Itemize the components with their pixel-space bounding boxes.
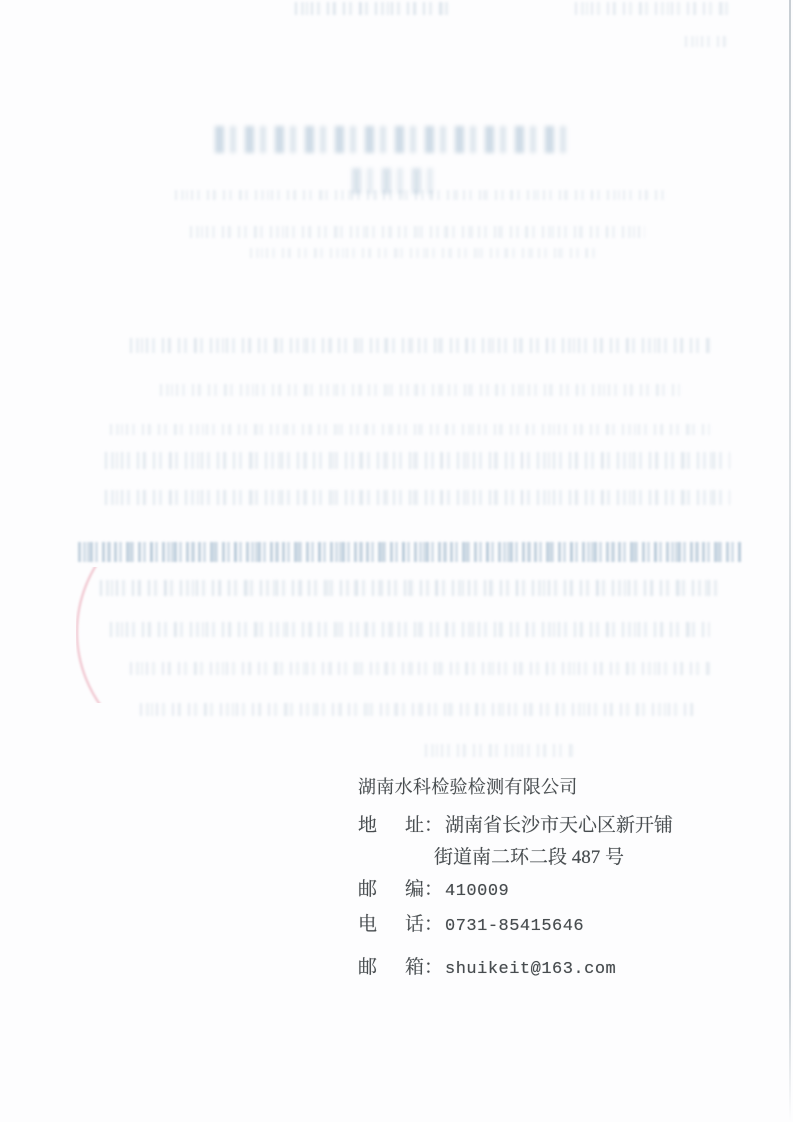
scan-edge-line [789,0,791,1122]
bleedthrough-band [105,452,730,469]
postal-code-row: 邮 编 ： 410009 [358,878,673,904]
email-colon: ： [424,956,443,980]
address-line1: 湖南省长沙市天心区新开铺 [445,814,673,838]
postal-label-char1: 邮 [358,878,377,902]
address-colon: ： [424,814,443,838]
phone-colon: ： [424,913,443,937]
address-line2: 街道南二环二段 487 号 [358,846,673,870]
address-label-char2: 址 [405,814,424,838]
phone-row: 电 话 ： 0731-85415646 [358,913,673,939]
bleedthrough-band [575,2,735,15]
phone-label-char1: 电 [358,913,377,937]
bleedthrough-band [160,384,680,396]
bleedthrough-band [175,190,665,200]
contact-block: 湖南水科检验检测有限公司 地 址 ： 湖南省长沙市天心区新开铺 街道南二环二段 … [358,776,673,982]
bleedthrough-band [425,744,575,757]
scanned-document-page: { "document": { "company_name": "湖南水科检验检… [0,0,793,1122]
postal-code-label: 邮 编 [358,878,424,902]
company-name: 湖南水科检验检测有限公司 [358,776,673,799]
bleedthrough-band [105,490,730,505]
bleedthrough-band [100,580,720,596]
email-label-char2: 箱 [405,956,424,980]
email-value: shuikeit@163.com [445,958,616,982]
bleedthrough-band [215,126,570,153]
bleedthrough-band [130,662,710,675]
bleedthrough-band [78,542,743,562]
bleedthrough-band [685,36,730,47]
bleedthrough-band [295,2,455,15]
address-row: 地 址 ： 湖南省长沙市天心区新开铺 [358,814,673,838]
postal-label-char2: 编 [405,878,424,902]
bleedthrough-band [250,248,600,258]
postal-code-value: 410009 [445,880,509,904]
postal-code-colon: ： [424,878,443,902]
bleedthrough-band [110,424,710,435]
bleedthrough-band [140,703,700,716]
email-label-char1: 邮 [358,956,377,980]
bleedthrough-band [130,338,710,353]
bleedthrough-band [110,622,710,637]
address-label: 地 址 [358,814,424,838]
phone-label: 电 话 [358,913,424,937]
phone-label-char2: 话 [405,913,424,937]
seal-bleedthrough-arc [76,505,330,759]
email-label: 邮 箱 [358,956,424,980]
bleedthrough-band [190,226,645,238]
address-label-char1: 地 [358,814,377,838]
email-row: 邮 箱 ： shuikeit@163.com [358,956,673,982]
bleedthrough-band [352,168,437,194]
phone-value: 0731-85415646 [445,915,584,939]
